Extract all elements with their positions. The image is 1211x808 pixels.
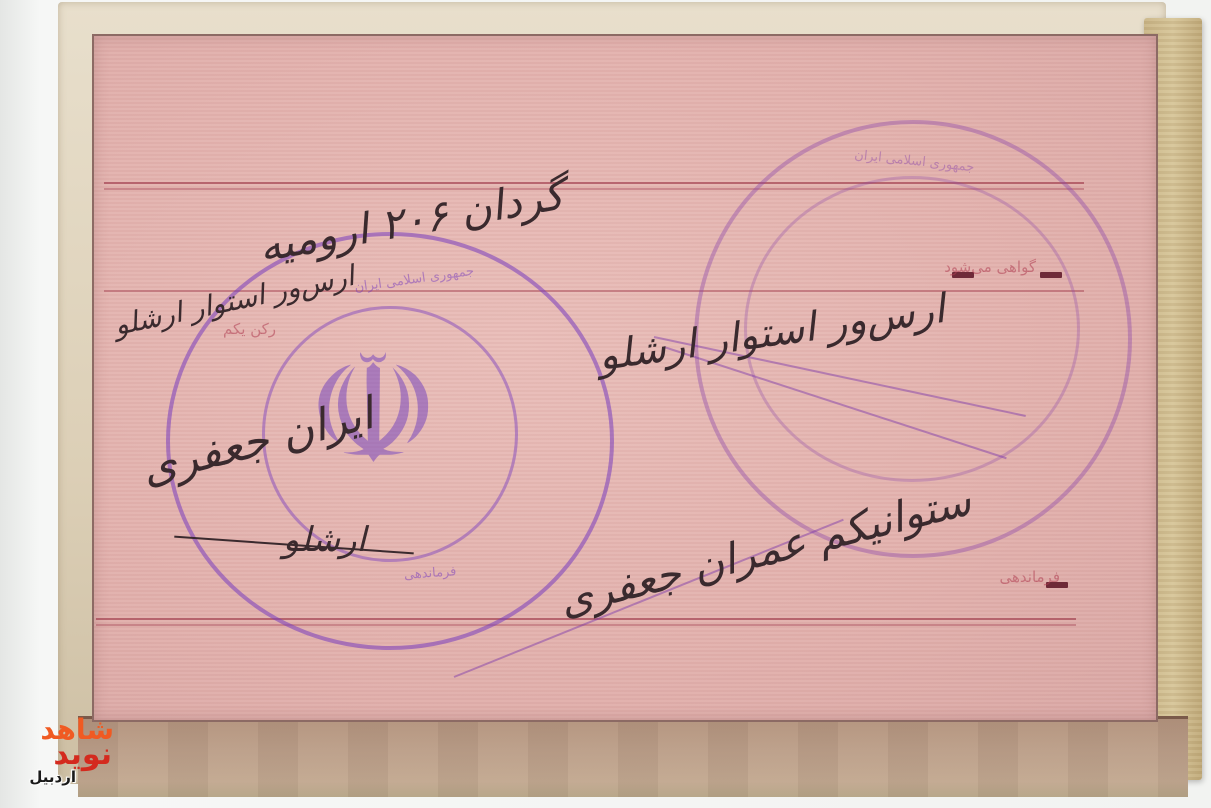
logo-line-2: نوید	[53, 740, 112, 770]
frame-bottom-strip	[78, 716, 1188, 797]
printed-label-row3: فرماندهی	[999, 568, 1060, 586]
id-card: گواهی می‌شود رکن یکم فرماندهی ☫ جمهوری ا…	[92, 34, 1158, 722]
logo-city: اردبیل	[29, 768, 76, 786]
navid-shahed-logo: شاهد نوید اردبیل	[10, 712, 120, 792]
handwriting-left-name: ارشلو	[283, 520, 366, 560]
